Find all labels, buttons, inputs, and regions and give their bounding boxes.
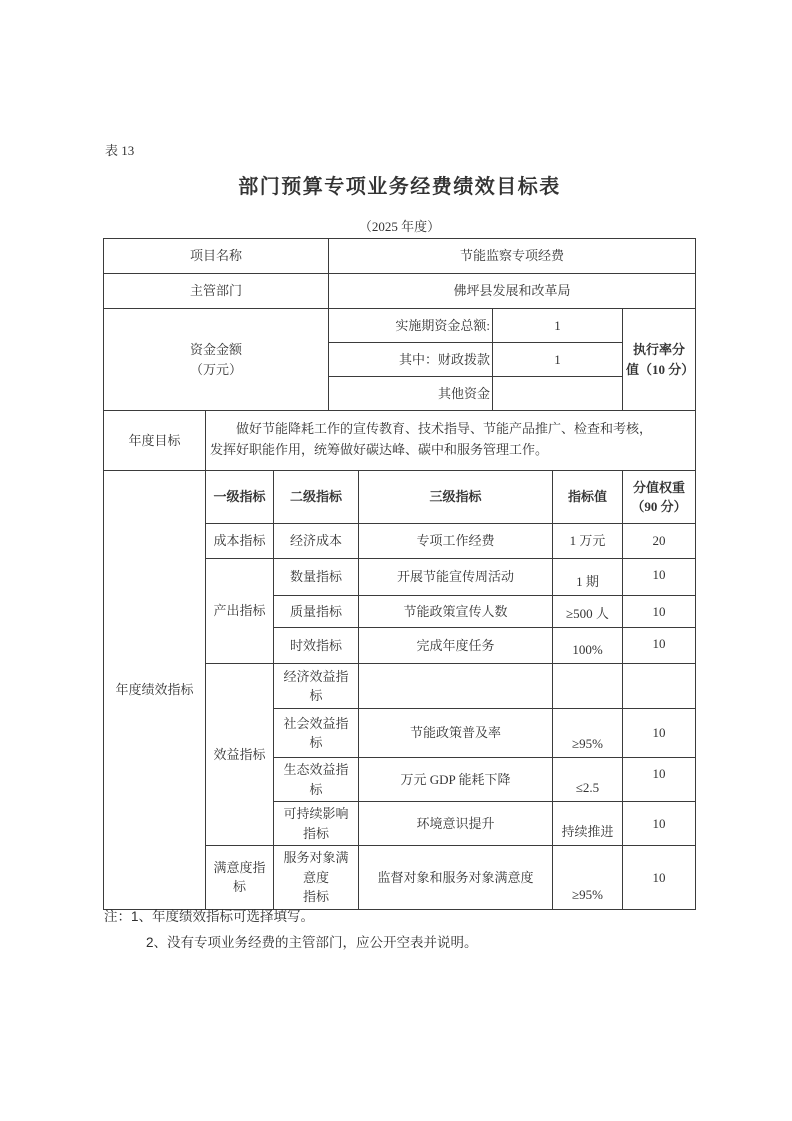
value-cell: 1 万元 xyxy=(553,524,623,559)
level1-cell: 满意度指 标 xyxy=(206,846,274,910)
level2-cell: 质量指标 xyxy=(274,596,359,628)
annual-goal-label-cell: 年度目标 xyxy=(104,411,206,471)
project-name-label-cell: 项目名称 xyxy=(104,239,329,274)
document-page: 表 13 部门预算专项业务经费绩效目标表 （2025 年度） 项目名称 节能监察… xyxy=(0,0,792,1121)
footnote-1: 注：1、年度绩效指标可选择填写。 xyxy=(104,904,704,930)
project-name-value-cell: 节能监察专项经费 xyxy=(329,239,696,274)
funding-other-label-cell: 其他资金 xyxy=(329,377,493,411)
value-cell xyxy=(553,664,623,709)
department-label-cell: 主管部门 xyxy=(104,274,329,309)
footnote-prefix: 注： xyxy=(104,909,131,924)
value-cell: ≥95% xyxy=(553,846,623,910)
funding-fiscal-label-cell: 其中：财政拨款 xyxy=(329,343,493,377)
weight-cell: 10 xyxy=(623,846,696,910)
level2-cell: 数量指标 xyxy=(274,559,359,596)
funding-total-label-cell: 实施期资金总额: xyxy=(329,309,493,343)
level3-cell: 开展节能宣传周活动 xyxy=(359,559,553,596)
funding-amount-label-cell: 资金金额 （万元） xyxy=(104,309,329,411)
weight-cell: 10 xyxy=(623,559,696,596)
value-cell: ≤2.5 xyxy=(553,758,623,802)
value-cell: 1 期 xyxy=(553,559,623,596)
page-title: 部门预算专项业务经费绩效目标表 xyxy=(103,170,696,199)
level2-cell: 生态效益指 标 xyxy=(274,758,359,802)
department-row: 主管部门 佛坪县发展和改革局 xyxy=(104,274,696,309)
level3-cell: 节能政策宣传人数 xyxy=(359,596,553,628)
value-cell: 100% xyxy=(553,628,623,664)
footnotes: 注：1、年度绩效指标可选择填写。 2、没有专项业务经费的主管部门，应公开空表并说… xyxy=(104,904,704,956)
table-number-label: 表 13 xyxy=(105,140,134,159)
weight-cell: 10 xyxy=(623,596,696,628)
level1-cell: 效益指标 xyxy=(206,664,274,846)
annual-performance-indicator-label-cell: 年度绩效指标 xyxy=(104,471,206,910)
funding-fiscal-value-cell: 1 xyxy=(493,343,623,377)
header-weight-cell: 分值权重 （90 分） xyxy=(623,471,696,524)
page-subtitle: （2025 年度） xyxy=(103,216,696,235)
level1-cell: 成本指标 xyxy=(206,524,274,559)
level3-cell: 环境意识提升 xyxy=(359,802,553,846)
header-level1-cell: 一级指标 xyxy=(206,471,274,524)
weight-cell: 10 xyxy=(623,709,696,758)
weight-cell: 10 xyxy=(623,802,696,846)
funding-total-row: 资金金额 （万元） 实施期资金总额: 1 执行率分 值（10 分） xyxy=(104,309,696,343)
level2-cell: 经济效益指 标 xyxy=(274,664,359,709)
weight-cell: 20 xyxy=(623,524,696,559)
level1-cell: 产出指标 xyxy=(206,559,274,664)
weight-cell: 10 xyxy=(623,758,696,802)
level2-cell: 可持续影响 指标 xyxy=(274,802,359,846)
annual-goal-row: 年度目标 做好节能降耗工作的宣传教育、技术指导、节能产品推广、检查和考核， 发挥… xyxy=(104,411,696,471)
header-value-cell: 指标值 xyxy=(553,471,623,524)
performance-target-table: 项目名称 节能监察专项经费 主管部门 佛坪县发展和改革局 资金金额 （万元） 实… xyxy=(103,238,696,910)
indicator-header-row: 年度绩效指标 一级指标 二级指标 三级指标 指标值 分值权重 （90 分） xyxy=(104,471,696,524)
weight-cell: 10 xyxy=(623,628,696,664)
project-name-row: 项目名称 节能监察专项经费 xyxy=(104,239,696,274)
annual-goal-text-cell: 做好节能降耗工作的宣传教育、技术指导、节能产品推广、检查和考核， 发挥好职能作用… xyxy=(206,411,696,471)
level3-cell: 监督对象和服务对象满意度 xyxy=(359,846,553,910)
level2-cell: 经济成本 xyxy=(274,524,359,559)
funding-total-value-cell: 1 xyxy=(493,309,623,343)
weight-cell xyxy=(623,664,696,709)
funding-other-value-cell xyxy=(493,377,623,411)
value-cell: 持续推进 xyxy=(553,802,623,846)
department-value-cell: 佛坪县发展和改革局 xyxy=(329,274,696,309)
value-cell: ≥95% xyxy=(553,709,623,758)
level3-cell: 万元 GDP 能耗下降 xyxy=(359,758,553,802)
header-level2-cell: 二级指标 xyxy=(274,471,359,524)
level3-cell: 节能政策普及率 xyxy=(359,709,553,758)
level2-cell: 时效指标 xyxy=(274,628,359,664)
level3-cell: 完成年度任务 xyxy=(359,628,553,664)
header-level3-cell: 三级指标 xyxy=(359,471,553,524)
level3-cell xyxy=(359,664,553,709)
value-cell: ≥500 人 xyxy=(553,596,623,628)
level2-cell: 社会效益指 标 xyxy=(274,709,359,758)
footnote-1-text: 1、年度绩效指标可选择填写。 xyxy=(131,909,314,924)
level2-cell: 服务对象满 意度 指标 xyxy=(274,846,359,910)
execution-rate-score-cell: 执行率分 值（10 分） xyxy=(623,309,696,411)
level3-cell: 专项工作经费 xyxy=(359,524,553,559)
footnote-2: 2、没有专项业务经费的主管部门，应公开空表并说明。 xyxy=(104,930,704,956)
